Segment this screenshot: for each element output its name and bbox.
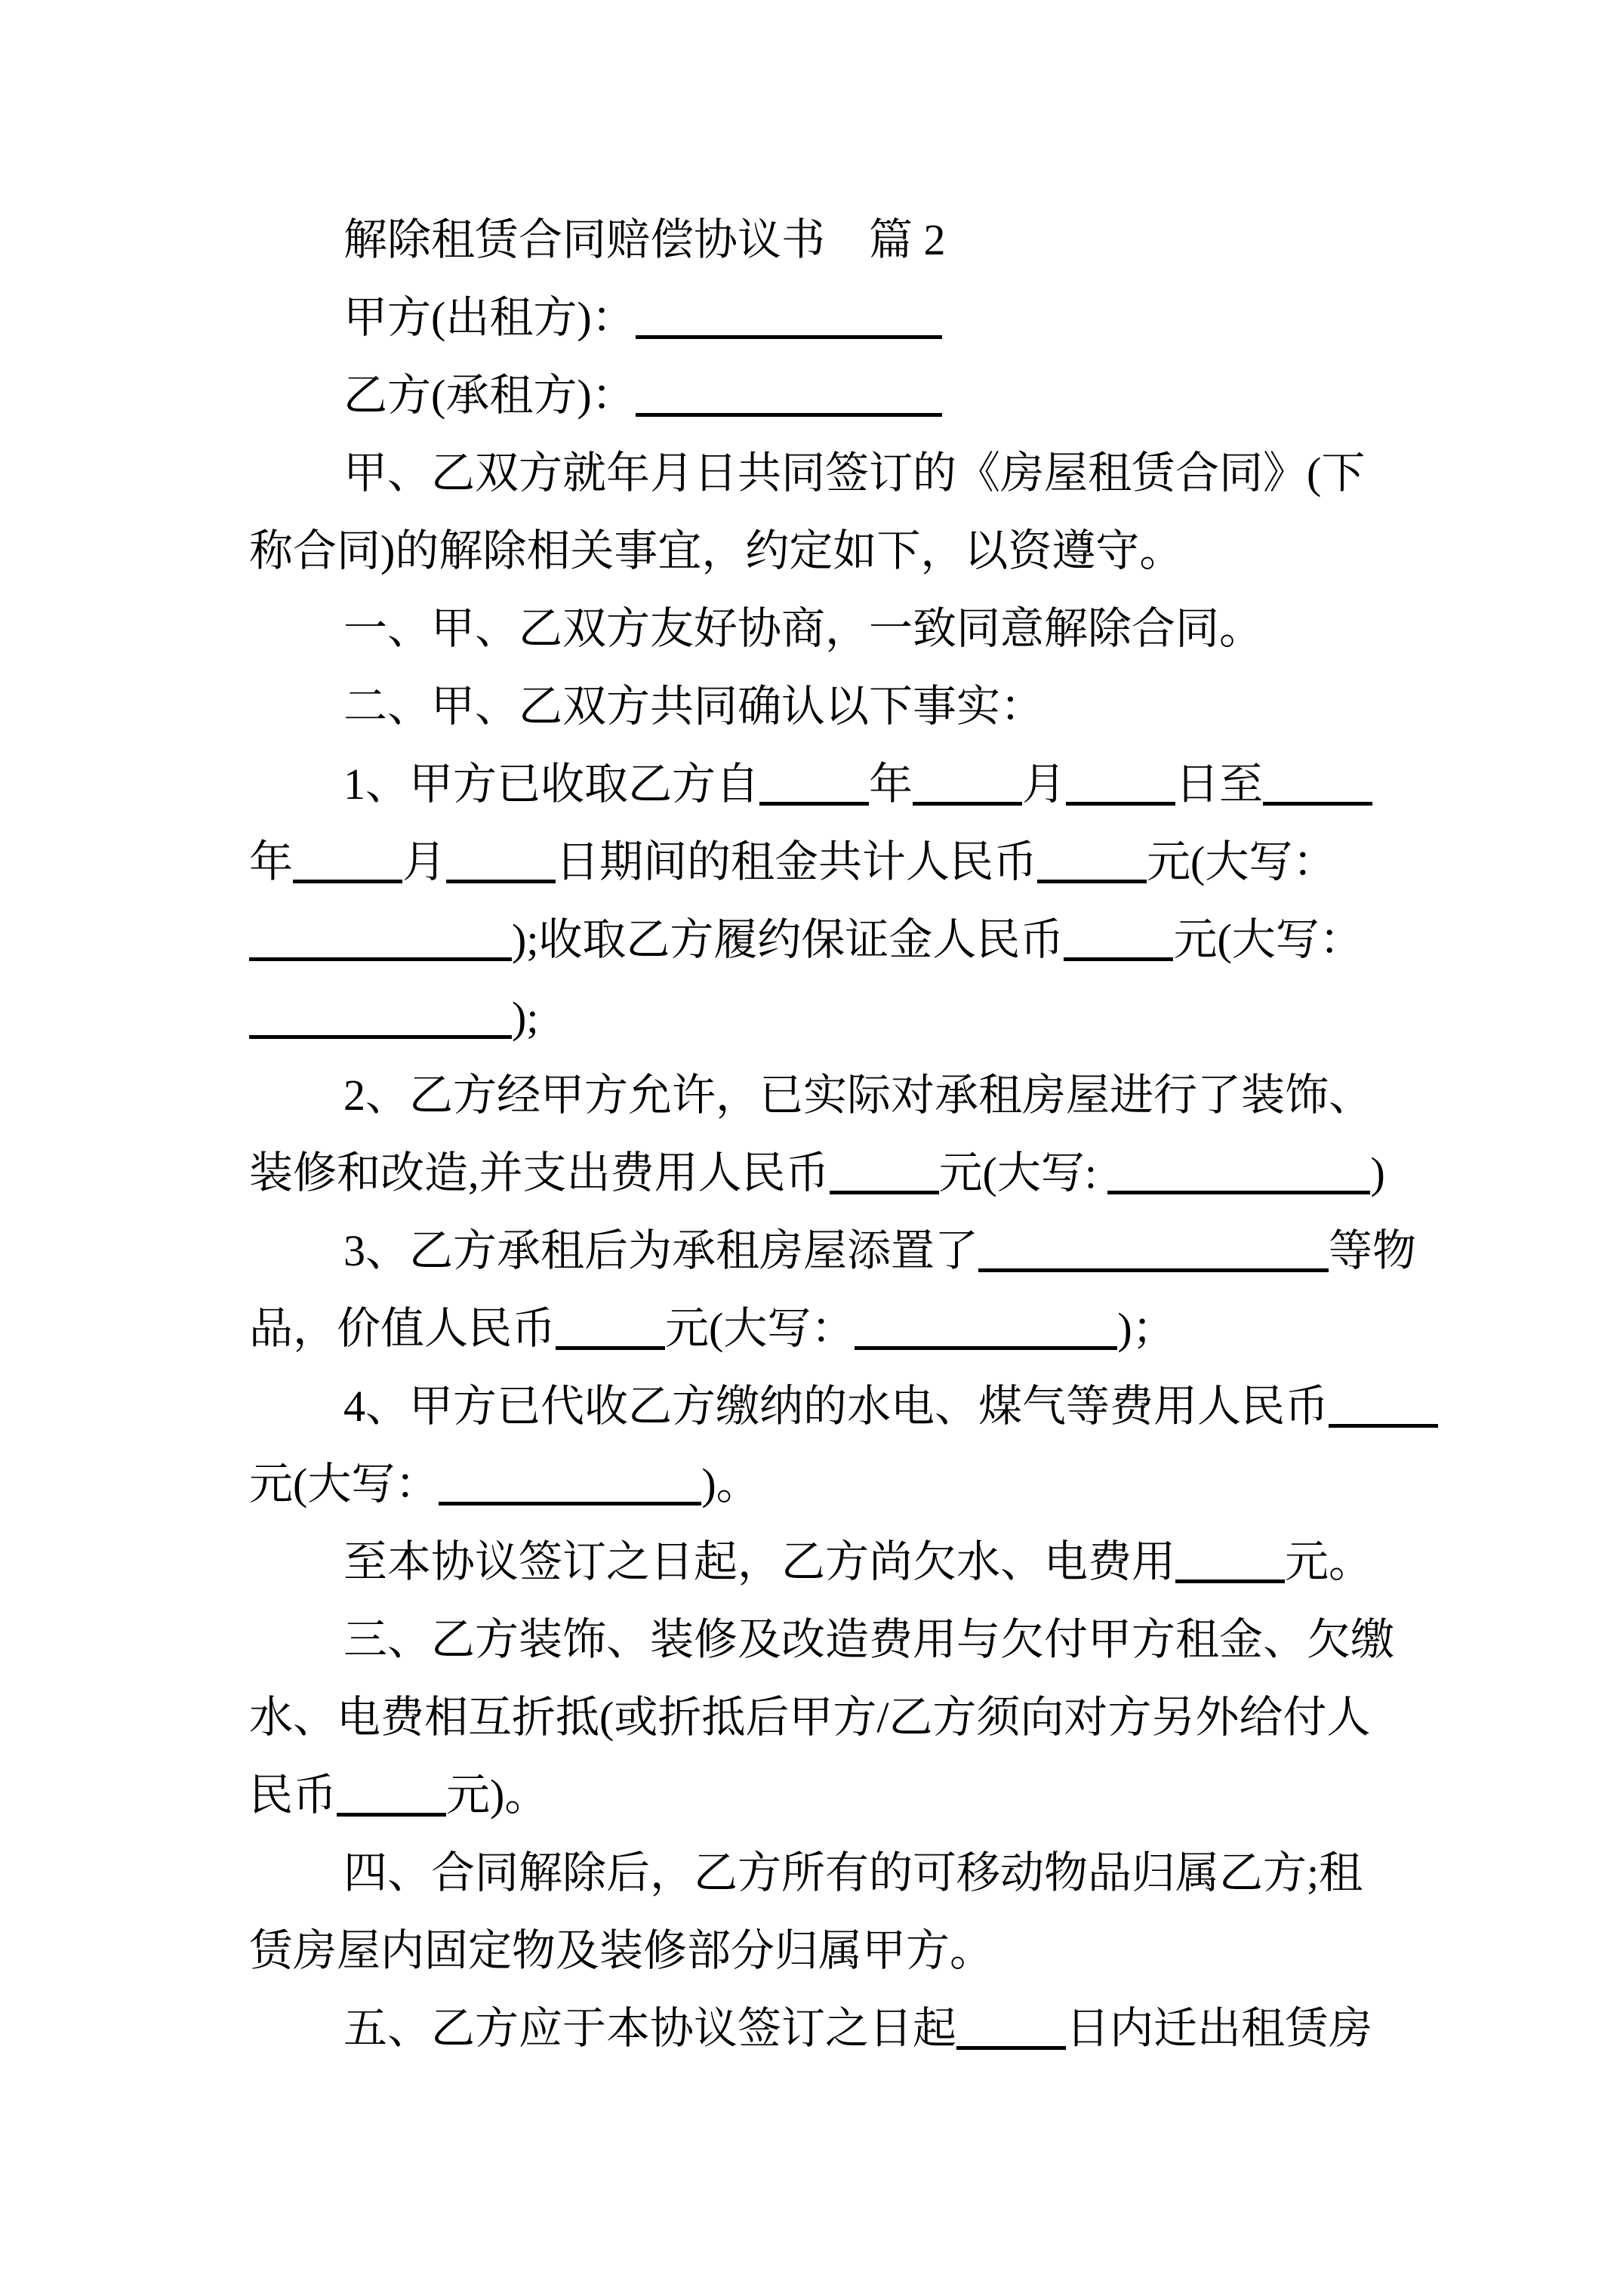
document-line: 元(大写：)。 xyxy=(249,1445,1427,1523)
document-line: 品，价值人民币元(大写：)； xyxy=(249,1290,1427,1367)
document-line: 4、甲方已代收乙方缴纳的水电、煤气等费用人民币 xyxy=(249,1367,1427,1445)
blank-field xyxy=(855,1309,1117,1350)
blank-field xyxy=(1263,765,1372,806)
blank-field xyxy=(1175,1542,1285,1583)
document-line: 民币元)。 xyxy=(249,1756,1427,1834)
blank-field xyxy=(759,765,869,806)
blank-field xyxy=(636,298,942,339)
document-line: 年月日期间的租金共计人民币元(大写： xyxy=(249,823,1427,901)
document-line: 五、乙方应于本协议签订之日起日内迁出租赁房 xyxy=(249,1989,1427,2067)
blank-field xyxy=(1064,920,1173,961)
document-line: 3、乙方承租后为承租房屋添置了等物 xyxy=(249,1212,1427,1290)
document-title: 解除租赁合同赔偿协议书 篇 2 xyxy=(249,201,1427,279)
document-line: 二、甲、乙双方共同确认以下事实： xyxy=(249,667,1427,745)
document-line: 甲方(出租方)： xyxy=(249,279,1427,356)
document-line: 一、甲、乙双方友好协商，一致同意解除合同。 xyxy=(249,590,1427,667)
blank-field xyxy=(1066,765,1175,806)
document-line: ); xyxy=(249,978,1427,1056)
document-page: 解除租赁合同赔偿协议书 篇 2 甲方(出租方)：乙方(承租方)：甲、乙双方就年月… xyxy=(0,0,1623,2296)
blank-field xyxy=(913,765,1022,806)
document-line: 至本协议签订之日起，乙方尚欠水、电费用元。 xyxy=(249,1523,1427,1601)
document-line: 乙方(承租方)： xyxy=(249,356,1427,434)
document-line: 称合同)的解除相关事宜，约定如下，以资遵守。 xyxy=(249,512,1427,590)
document-line: 四、合同解除后，乙方所有的可移动物品归属乙方;租 xyxy=(249,1834,1427,1912)
blank-field xyxy=(439,1465,701,1505)
document-line: 水、电费相互折抵(或折抵后甲方/乙方须向对方另外给付人 xyxy=(249,1678,1427,1756)
document-line: 装修和改造,并支出费用人民币元(大写: ) xyxy=(249,1134,1427,1212)
document-body: 甲方(出租方)：乙方(承租方)：甲、乙双方就年月日共同签订的《房屋租赁合同》(下… xyxy=(249,279,1427,2067)
document-line: 赁房屋内固定物及装修部分归属甲方。 xyxy=(249,1912,1427,1989)
document-line: 2、乙方经甲方允许，已实际对承租房屋进行了装饰、 xyxy=(249,1056,1427,1134)
blank-field xyxy=(1329,1387,1438,1428)
blank-field xyxy=(556,1309,665,1350)
document-line: );收取乙方履约保证金人民币元(大写： xyxy=(249,901,1427,978)
document-line: 1、甲方已收取乙方自年月日至 xyxy=(249,745,1427,823)
blank-field xyxy=(636,376,942,417)
blank-field xyxy=(293,843,402,883)
blank-field xyxy=(249,998,512,1039)
rental-termination-agreement: 解除租赁合同赔偿协议书 篇 2 甲方(出租方)：乙方(承租方)：甲、乙双方就年月… xyxy=(249,201,1427,2067)
blank-field xyxy=(956,2009,1066,2050)
blank-field xyxy=(978,1231,1329,1272)
document-line: 三、乙方装饰、装修及改造费用与欠付甲方租金、欠缴 xyxy=(249,1601,1427,1678)
blank-field xyxy=(337,1776,446,1817)
blank-field xyxy=(1037,843,1147,883)
blank-field xyxy=(446,843,556,883)
document-line: 甲、乙双方就年月日共同签订的《房屋租赁合同》(下 xyxy=(249,434,1427,512)
blank-field xyxy=(830,1154,939,1194)
blank-field xyxy=(249,920,512,961)
blank-field xyxy=(1107,1154,1370,1194)
